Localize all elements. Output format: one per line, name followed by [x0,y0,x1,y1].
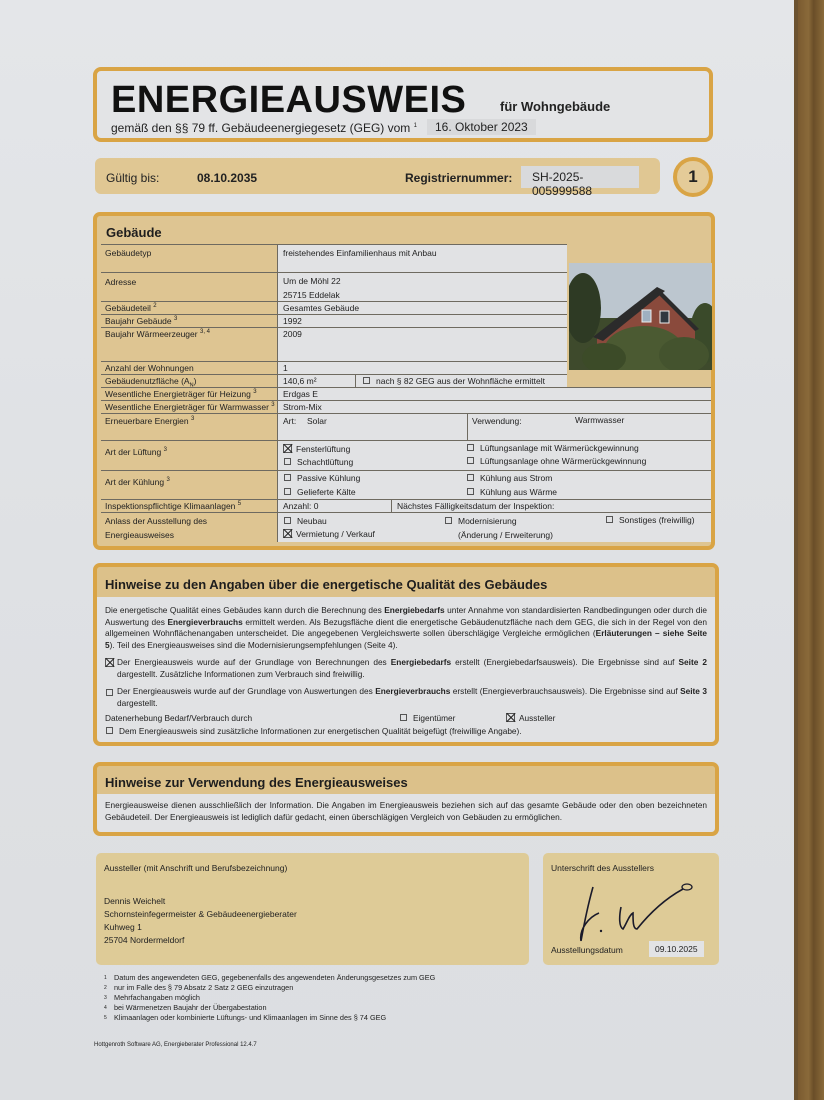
quality-notes-title: Hinweise zu den Angaben über die energet… [105,577,547,592]
checkbox-icon [400,714,407,721]
checkbox-icon [363,377,370,384]
value-address-street: Um de Möhl 22 [283,276,341,286]
label-address: Adresse [105,277,136,287]
cooling-option-delivered[interactable]: Gelieferte Kälte [284,487,356,497]
footnote-number: 4 [104,1005,107,1011]
value-building-part: Gesamtes Gebäude [283,303,359,313]
row-usable-area: Gebäudenutzfläche (AN) 140,6 m² nach § 8… [101,374,567,387]
row-building-part: Gebäudeteil 2 Gesamtes Gebäude [101,301,567,314]
signature-box: Unterschrift des Ausstellers Ausstellung… [543,853,719,965]
value-usable-area: 140,6 m² [283,376,317,386]
ventilation-option-shaft[interactable]: Schachtlüftung [284,457,353,467]
row-units: Anzahl der Wohnungen 1 [101,361,567,374]
checkbox-icon [284,517,291,524]
valid-until-value: 08.10.2035 [197,171,257,185]
reason-option-other[interactable]: Sonstiges (freiwillig) [606,515,695,525]
checkbox-icon [467,457,474,464]
signature-icon [571,879,701,949]
label-year-heater: Baujahr Wärmeerzeuger 3, 4 [105,329,210,339]
quality-notes-intro: Die energetische Qualität eines Gebäudes… [105,605,707,651]
signature-label: Unterschrift des Ausstellers [551,863,654,873]
validity-bar: Gültig bis: 08.10.2035 Registriernummer:… [95,158,660,194]
checkbox-icon [106,689,113,696]
ventilation-option-with-recovery[interactable]: Lüftungsanlage mit Wärmerückgewinnung [467,443,639,453]
quality-notes-section: Hinweise zu den Angaben über die energet… [93,563,719,746]
label-year-building: Baujahr Gebäude 3 [105,316,177,326]
checked-x-icon [506,713,515,722]
checkbox-icon [606,516,613,523]
document-title: ENERGIEAUSWEIS [111,79,466,122]
row-issue-reason: Anlass der Ausstellung des Energieauswei… [101,512,711,542]
row-address: Adresse Um de Möhl 22 25715 Eddelak [101,272,567,301]
issuer-box: Aussteller (mit Anschrift und Berufsbeze… [96,853,529,965]
valid-until-label: Gültig bis: [106,171,159,185]
building-section: Gebäude Gebäudetyp freistehendes Einfami… [93,212,715,550]
issuer-street: Kuhweg 1 [104,922,142,932]
value-renewable-type: Solar [307,416,327,426]
reason-option-rental-sale[interactable]: Vermietung / Verkauf [283,529,375,539]
demand-certificate-option[interactable]: Der Energieausweis wurde auf der Grundla… [105,657,707,680]
footnote-number: 5 [104,1015,107,1021]
building-section-title: Gebäude [106,225,162,240]
software-credit: Hottgenroth Software AG, Energieberater … [94,1042,257,1048]
quality-notes-header: Hinweise zu den Angaben über die energet… [97,567,715,597]
issuer-label: Aussteller (mit Anschrift und Berufsbeze… [104,863,287,873]
value-ac-count: Anzahl: 0 [283,501,318,511]
label-water-carrier: Wesentliche Energieträger für Warmwasser… [105,402,275,412]
checked-x-icon [283,444,292,453]
label-air-conditioning: Inspektionspflichtige Klimaanlagen 5 [105,501,241,511]
value-units: 1 [283,363,288,373]
footnote-4: bei Wärmenetzen Baujahr der Übergabestat… [114,1003,267,1012]
value-building-type: freistehendes Einfamilienhaus mit Anbau [283,248,437,258]
page-number-badge: 1 [673,157,713,197]
label-building-part: Gebäudeteil 2 [105,303,157,313]
label-renewable-type: Art: [283,416,296,426]
law-date: 16. Oktober 2023 [427,119,536,135]
value-renewable-use: Warmwasser [575,415,624,425]
label-cooling: Art der Kühlung 3 [105,477,170,487]
usage-notes-section: Hinweise zur Verwendung des Energieauswe… [93,762,719,836]
usage-notes-header: Hinweise zur Verwendung des Energieauswe… [97,766,715,794]
checkbox-icon [284,488,291,495]
document-subtitle: für Wohngebäude [500,99,610,114]
checked-x-icon [105,658,114,667]
usage-notes-body: Energieausweise dienen ausschließlich de… [97,794,715,832]
footnote-2: nur im Falle des § 79 Absatz 2 Satz 2 GE… [114,983,293,992]
law-reference: gemäß den §§ 79 ff. Gebäudeenergiegesetz… [111,121,417,135]
table-surface-right [798,0,824,1100]
row-water-carrier: Wesentliche Energieträger für Warmwasser… [101,400,711,413]
registration-label: Registriernummer: [405,171,512,185]
footnote-number: 1 [104,975,107,981]
document-page: ENERGIEAUSWEIS für Wohngebäude gemäß den… [0,0,794,1100]
data-collection-issuer[interactable]: Aussteller [506,713,555,725]
row-year-building: Baujahr Gebäude 3 1992 [101,314,567,327]
checkbox-icon [467,444,474,451]
label-ventilation: Art der Lüftung 3 [105,447,167,457]
checkbox-icon [467,488,474,495]
reason-modernization-note: (Änderung / Erweiterung) [458,530,553,540]
ventilation-option-without-recovery[interactable]: Lüftungsanlage ohne Wärmerückgewinnung [467,456,646,466]
cooling-option-passive[interactable]: Passive Kühlung [284,473,360,483]
checkbox-icon [284,474,291,481]
label-issue-reason: Anlass der Ausstellung des [105,516,207,526]
row-cooling: Art der Kühlung 3 Passive Kühlung Gelief… [101,470,711,499]
row-air-conditioning: Inspektionspflichtige Klimaanlagen 5 Anz… [101,499,711,512]
footnote-number: 3 [104,995,107,1001]
row-heating-carrier: Wesentliche Energieträger für Heizung 3 … [101,387,711,400]
value-heating-carrier: Erdgas E [283,389,318,399]
consumption-certificate-option[interactable]: Der Energieausweis wurde auf der Grundla… [105,686,707,709]
value-water-carrier: Strom-Mix [283,402,322,412]
checkbox-icon [467,474,474,481]
usage-notes-title: Hinweise zur Verwendung des Energieauswe… [105,775,408,790]
label-renewable-use: Verwendung: [472,416,522,426]
data-collection-owner[interactable]: Eigentümer [400,713,455,725]
footnote-3: Mehrfachangaben möglich [114,993,200,1002]
label-heating-carrier: Wesentliche Energieträger für Heizung 3 [105,389,257,399]
house-photo [569,263,712,370]
data-collection-label: Datenerhebung Bedarf/Verbrauch durch [105,713,252,725]
label-next-inspection: Nächstes Fälligkeitsdatum der Inspektion… [397,501,554,511]
reason-option-modernization[interactable]: Modernisierung [445,516,517,526]
ventilation-option-window[interactable]: Fensterlüftung [283,444,350,454]
label-issue-reason-line2: Energieausweises [105,530,174,540]
house-photo-icon [569,263,712,370]
issuer-name: Dennis Weichelt [104,896,165,906]
row-year-heater: Baujahr Wärmeerzeuger 3, 4 2009 [101,327,567,361]
footnote-1: Datum des angewendeten GEG, gegebenenfal… [114,973,435,982]
cooling-option-heat[interactable]: Kühlung aus Wärme [467,487,557,497]
value-year-heater: 2009 [283,329,302,339]
issue-date-label: Ausstellungsdatum [551,945,623,955]
checkbox-icon [106,727,113,734]
header-box: ENERGIEAUSWEIS für Wohngebäude gemäß den… [93,67,713,142]
issue-date-value: 09.10.2025 [649,941,704,957]
usage-notes-text: Energieausweise dienen ausschließlich de… [105,800,707,823]
area-from-living-space-checkbox[interactable]: nach § 82 GEG aus der Wohnfläche ermitte… [363,376,545,386]
additional-info-option[interactable]: Dem Energieausweis sind zusätzliche Info… [106,726,522,738]
value-year-building: 1992 [283,316,302,326]
cooling-option-electric[interactable]: Kühlung aus Strom [467,473,552,483]
checkbox-icon [445,517,452,524]
issuer-city: 25704 Nordermeldorf [104,935,184,945]
row-building-type: Gebäudetyp freistehendes Einfamilienhaus… [101,244,567,272]
footnote-5: Klimaanlagen oder kombinierte Lüftungs- … [114,1013,386,1022]
quality-notes-body: Die energetische Qualität eines Gebäudes… [97,597,715,742]
row-renewable: Erneuerbare Energien 3 Art: Solar Verwen… [101,413,711,440]
footnote-number: 2 [104,985,107,991]
reason-option-new-build[interactable]: Neubau [284,516,327,526]
label-renewable: Erneuerbare Energien 3 [105,416,194,426]
label-building-type: Gebäudetyp [105,248,151,258]
checkbox-icon [284,458,291,465]
row-ventilation: Art der Lüftung 3 Fensterlüftung Schacht… [101,440,711,470]
checked-x-icon [283,529,292,538]
registration-number: SH-2025-005999588 [521,166,639,188]
issuer-profession: Schornsteinfegermeister & Gebäudeenergie… [104,909,297,919]
label-units: Anzahl der Wohnungen [105,363,194,373]
value-address-city: 25715 Eddelak [283,290,340,300]
